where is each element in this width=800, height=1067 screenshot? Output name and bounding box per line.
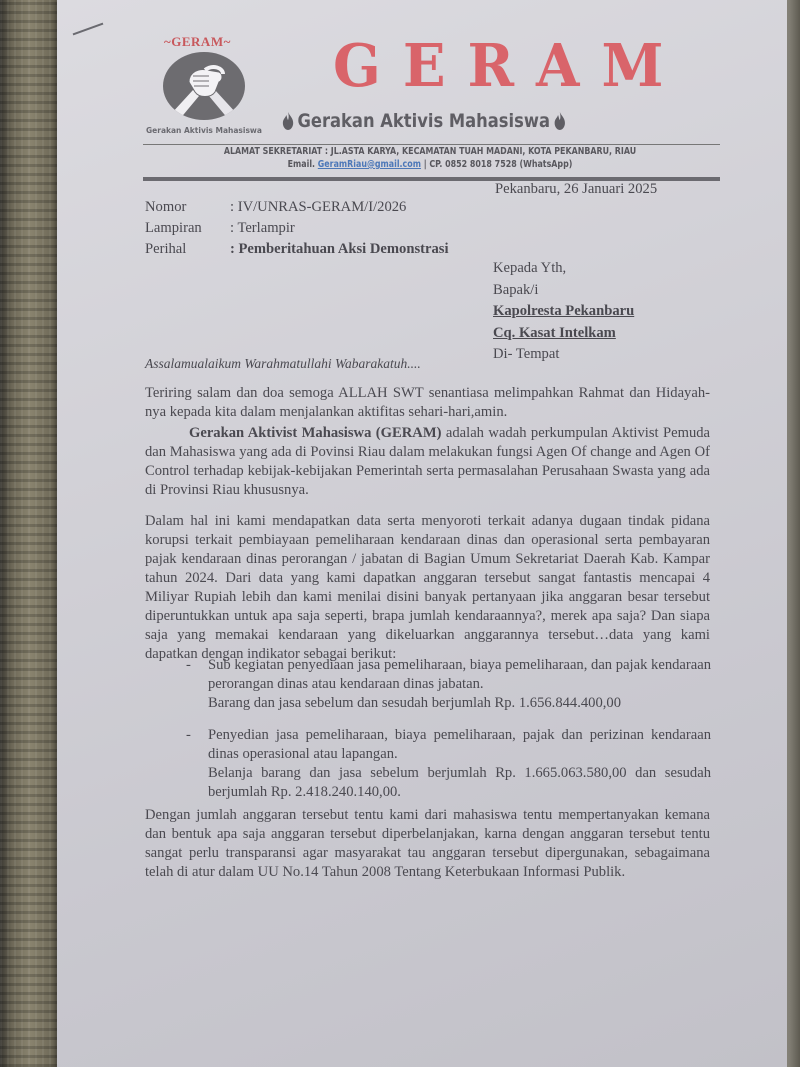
bullet-dash: - xyxy=(186,726,191,745)
logo-top-text: ~GERAM~ xyxy=(164,34,231,50)
meta-label: Nomor xyxy=(145,198,230,219)
addressee-recipient: Kapolresta Pekanbaru xyxy=(493,301,634,323)
address-line: ALAMAT SEKRETARIAT : JL.ASTA KARYA, KECA… xyxy=(184,145,677,158)
phone-contact: | CP. 0852 8018 7528 (WhatsApp) xyxy=(421,159,572,170)
paragraph-opening: Teriring salam dan doa semoga ALLAH SWT … xyxy=(145,384,710,422)
letter-meta: Nomor : IV/UNRAS-GERAM/I/2026 Lampiran :… xyxy=(145,198,449,261)
secretariat-address: ALAMAT SEKRETARIAT : JL.ASTA KARYA, KECA… xyxy=(150,145,710,171)
organization-logo: ~GERAM~ Gerakan Aktivis Mahasiswa xyxy=(140,32,270,140)
meta-label: Lampiran xyxy=(145,219,230,240)
email-label: Email. xyxy=(288,159,318,170)
meta-value: : IV/UNRAS-GERAM/I/2026 xyxy=(230,198,406,219)
meta-value: : Pemberitahuan Aksi Demonstrasi xyxy=(230,240,449,261)
meta-row-perihal: Perihal : Pemberitahuan Aksi Demonstrasi xyxy=(145,240,449,261)
addressee-block: Kepada Yth, Bapak/i Kapolresta Pekanbaru… xyxy=(493,258,634,366)
paragraph-findings: Dalam hal ini kami mendapatkan data sert… xyxy=(145,512,710,664)
meta-label: Perihal xyxy=(145,240,230,261)
addressee-line: Bapak/i xyxy=(493,280,634,302)
flame-icon xyxy=(282,112,294,130)
greeting: Assalamualaikum Warahmatullahi Wabarakat… xyxy=(145,354,421,373)
brand-subtitle: Gerakan Aktivis Mahasiswa xyxy=(297,110,550,132)
email-link[interactable]: GeramRiau@gmail.com xyxy=(318,159,421,170)
bullet-dash: - xyxy=(186,656,191,675)
brand-title: GERAM xyxy=(333,37,685,96)
meta-row-nomor: Nomor : IV/UNRAS-GERAM/I/2026 xyxy=(145,198,449,219)
list-item: - Penyedian jasa pemeliharaan, biaya pem… xyxy=(186,726,711,802)
bullet-amount: Barang dan jasa sebelum dan sesudah berj… xyxy=(208,694,711,713)
bullet-amount: Belanja barang dan jasa sebelum berjumla… xyxy=(208,764,711,802)
bullet-text: Penyedian jasa pemeliharaan, biaya pemel… xyxy=(208,726,711,764)
meta-row-lampiran: Lampiran : Terlampir xyxy=(145,219,449,240)
flame-icon xyxy=(553,112,565,130)
organization-name: Gerakan Aktivist Mahasiswa (GERAM) xyxy=(189,425,441,441)
addressee-attention: Cq. Kasat Intelkam xyxy=(493,323,634,345)
wall-edge-right xyxy=(786,0,800,1067)
meta-value: : Terlampir xyxy=(230,219,295,240)
paragraph-about: Gerakan Aktivist Mahasiswa (GERAM) adala… xyxy=(145,424,710,500)
addressee-line: Kepada Yth, xyxy=(493,258,634,280)
brand-subtitle-row: Gerakan Aktivis Mahasiswa xyxy=(282,110,565,132)
contact-line: Email. GeramRiau@gmail.com | CP. 0852 80… xyxy=(184,158,677,171)
addressee-line: Di- Tempat xyxy=(493,344,634,366)
list-item: - Sub kegiatan penyediaan jasa pemelihar… xyxy=(186,656,711,713)
logo-caption: Gerakan Aktivis Mahasiswa xyxy=(146,126,262,135)
handshake-logo-icon xyxy=(163,52,245,120)
paragraph-closing: Dengan jumlah anggaran tersebut tentu ka… xyxy=(145,806,710,882)
bullet-text: Sub kegiatan penyediaan jasa pemeliharaa… xyxy=(208,656,711,694)
letter-date: Pekanbaru, 26 Januari 2025 xyxy=(495,180,657,199)
